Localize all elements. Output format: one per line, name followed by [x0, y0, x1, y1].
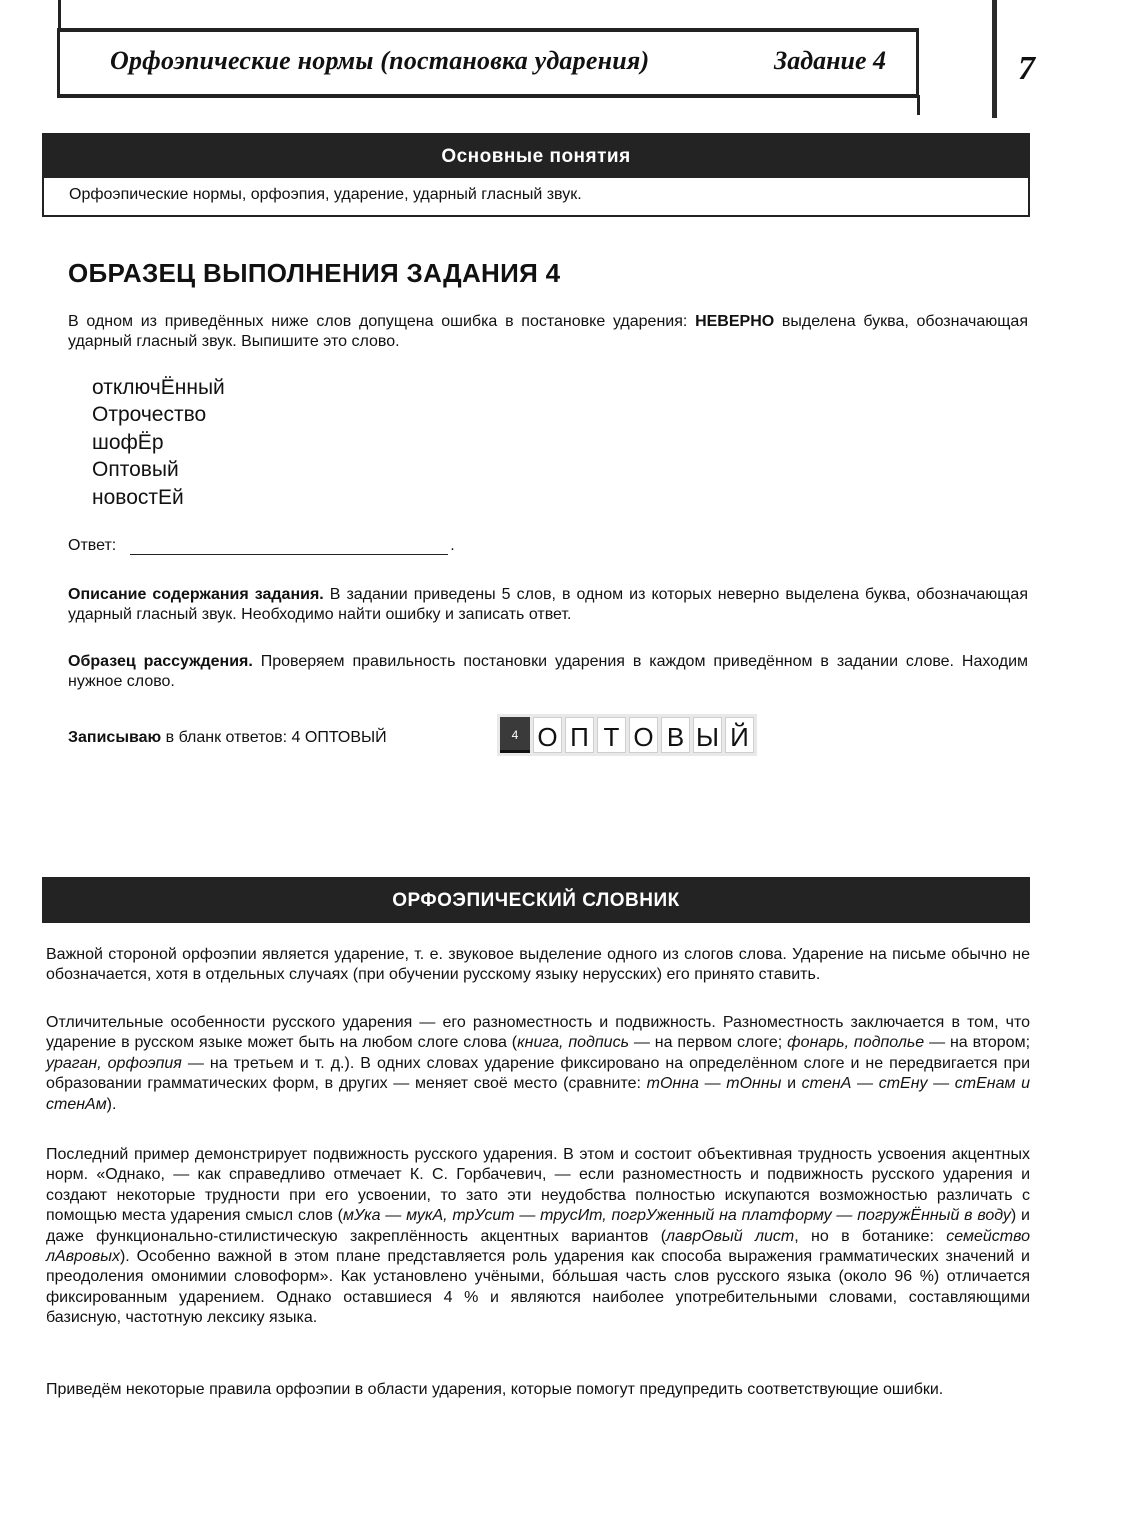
- blank-cell: П: [565, 717, 594, 753]
- answer-field[interactable]: [130, 536, 448, 555]
- text: ). Особенно важной в этом плане представ…: [46, 1248, 1030, 1326]
- blank-cell: Т: [597, 717, 626, 753]
- example: лаврОвый лист: [666, 1228, 794, 1245]
- blank-cell: В: [661, 717, 690, 753]
- answer-blank: 4 О П Т О В Ы Й: [497, 714, 757, 756]
- example: фонарь, подполье: [787, 1034, 924, 1051]
- example: книга, подпись: [517, 1034, 629, 1051]
- dictionary-heading: ОРФОЭПИЧЕСКИЙ СЛОВНИК: [42, 877, 1030, 923]
- description-bold: Описание содержания задания.: [68, 586, 324, 603]
- blank-cell: Й: [725, 717, 754, 753]
- blank-cell: Ы: [693, 717, 722, 753]
- example: мУка — мукА, трУсит — трусИт, погрУженны…: [343, 1207, 1011, 1224]
- text: ).: [107, 1096, 117, 1113]
- header-right-rule: [992, 0, 997, 118]
- section-title: Орфоэпические нормы (постановка ударения…: [110, 46, 649, 76]
- header-left-rule: [58, 0, 61, 30]
- answer-period: .: [450, 537, 454, 555]
- word-item: Отрочество: [92, 401, 225, 428]
- text: , но в ботанике:: [794, 1228, 946, 1245]
- dictionary-paragraph-4: Приведём некоторые правила орфоэпии в об…: [46, 1380, 1030, 1400]
- blank-cell: О: [533, 717, 562, 753]
- task-label: Задание 4: [774, 46, 886, 76]
- basic-concepts-heading: Основные понятия: [44, 135, 1028, 178]
- reasoning-sample: Образец рассуждения. Проверяем правильно…: [68, 652, 1028, 692]
- text: и: [781, 1075, 801, 1092]
- reasoning-bold: Образец рассуждения.: [68, 653, 253, 670]
- instruction-text-1: В одном из приведённых ниже слов допущен…: [68, 313, 695, 330]
- answer-row: Ответ: .: [68, 536, 455, 555]
- header-frame-tail: [917, 95, 920, 115]
- write-answer-line: Записываю в бланк ответов: 4 ОПТОВЫЙ: [68, 729, 387, 747]
- task-instruction: В одном из приведённых ниже слов допущен…: [68, 312, 1028, 352]
- example: ураган, орфоэпия: [46, 1055, 182, 1072]
- dictionary-paragraph-3: Последний пример демонстрирует подвижнос…: [46, 1145, 1030, 1329]
- word-item: отключЁнный: [92, 374, 225, 401]
- write-bold: Записываю: [68, 729, 161, 746]
- blank-task-number: 4: [500, 717, 530, 753]
- sample-title: ОБРАЗЕЦ ВЫПОЛНЕНИЯ ЗАДАНИЯ 4: [68, 258, 560, 289]
- text: — на первом слоге;: [629, 1034, 787, 1051]
- word-item: шофЁр: [92, 429, 225, 456]
- basic-concepts-box: Основные понятия Орфоэпические нормы, ор…: [42, 133, 1030, 217]
- word-item: новостЕй: [92, 484, 225, 511]
- dictionary-paragraph-2: Отличительные особенности русского ударе…: [46, 1013, 1030, 1115]
- instruction-bold: НЕВЕРНО: [695, 313, 774, 330]
- task-description: Описание содержания задания. В задании п…: [68, 585, 1028, 625]
- page-number: 7: [1018, 50, 1035, 88]
- word-list: отключЁнный Отрочество шофЁр Оптовый нов…: [92, 374, 225, 511]
- text: — на втором;: [924, 1034, 1030, 1051]
- write-text: в бланк ответов: 4 ОПТОВЫЙ: [161, 729, 386, 746]
- basic-concepts-text: Орфоэпические нормы, орфоэпия, ударение,…: [44, 178, 1028, 204]
- word-item: Оптовый: [92, 456, 225, 483]
- blank-cell: О: [629, 717, 658, 753]
- example: тОнна — тОнны: [647, 1075, 782, 1092]
- answer-label: Ответ:: [68, 537, 116, 555]
- dictionary-paragraph-1: Важной стороной орфоэпии является ударен…: [46, 945, 1030, 986]
